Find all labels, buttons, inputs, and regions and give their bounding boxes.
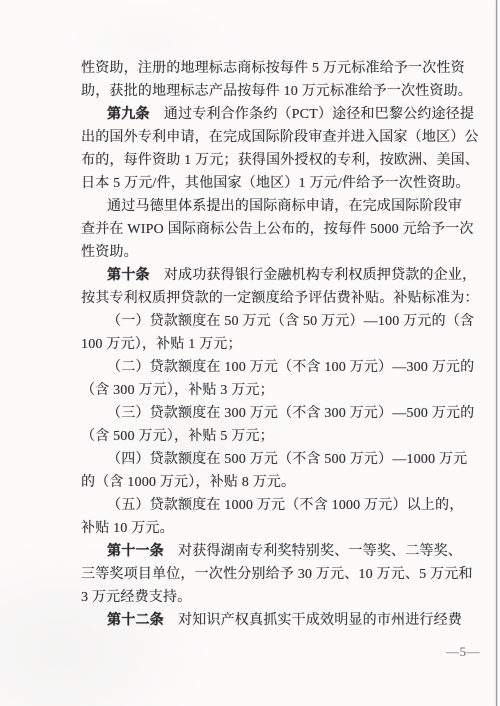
line-text: 性资助，注册的地理标志商标按每件 5 万元标准给予一次性资 bbox=[81, 61, 465, 76]
article-heading: 第九条 bbox=[107, 107, 150, 122]
text-line-22: 第十一条 对获得湖南专利奖特别奖、一等奖、二等奖、 bbox=[81, 540, 473, 563]
text-line-11: 按其专利权质押贷款的一定额度给予评估费补贴。补贴标准为： bbox=[81, 287, 473, 310]
line-text: 对知识产权真抓实干成效明显的市州进行经费 bbox=[164, 613, 462, 628]
line-text: 三等奖项目单位，一次性分别给予 30 万元、10 万元、5 万元和 bbox=[81, 567, 473, 582]
text-line-9: 性资助。 bbox=[81, 241, 473, 264]
article-heading: 第十条 bbox=[107, 268, 150, 283]
line-text: （四）贷款额度在 500 万元（不含 500 万元）—1000 万元 bbox=[107, 452, 467, 467]
line-text: 对获得湖南专利奖特别奖、一等奖、二等奖、 bbox=[164, 544, 462, 559]
line-text: （含 300 万元），补贴 3 万元； bbox=[81, 383, 274, 398]
text-line-10: 第十条 对成功获得银行金融机构专利权质押贷款的企业， bbox=[81, 264, 473, 287]
text-line-24: 3 万元经费支持。 bbox=[81, 586, 473, 609]
text-line-5: 布的，每件资助 1 万元；获得国外授权的专利，按欧洲、美国、 bbox=[81, 149, 473, 172]
text-line-17: （含 500 万元），补贴 5 万元； bbox=[81, 425, 473, 448]
text-line-23: 三等奖项目单位，一次性分别给予 30 万元、10 万元、5 万元和 bbox=[81, 563, 473, 586]
line-text: （二）贷款额度在 100 万元（不含 100 万元）—300 万元的 bbox=[107, 360, 474, 375]
line-text: 日本 5 万元/件，其他国家（地区）1 万元/件给予一次性资助。 bbox=[81, 176, 470, 191]
text-line-25: 第十二条 对知识产权真抓实干成效明显的市州进行经费 bbox=[81, 609, 473, 632]
text-line-8: 查并在 WIPO 国际商标公告上公布的，按每件 5000 元给予一次 bbox=[81, 218, 473, 241]
text-line-13: 100 万元），补贴 1 万元； bbox=[81, 333, 473, 356]
line-text: 补贴 10 万元。 bbox=[81, 521, 174, 536]
line-text: （五）贷款额度在 1000 万元（不含 1000 万元）以上的， bbox=[107, 498, 463, 513]
text-line-1: 性资助，注册的地理标志商标按每件 5 万元标准给予一次性资 bbox=[81, 57, 473, 80]
text-line-6: 日本 5 万元/件，其他国家（地区）1 万元/件给予一次性资助。 bbox=[81, 172, 473, 195]
text-line-19: 的（含 1000 万元），补贴 8 万元。 bbox=[81, 471, 473, 494]
scan-edge-artifact bbox=[496, 0, 497, 706]
text-line-21: 补贴 10 万元。 bbox=[81, 517, 473, 540]
line-text: （含 500 万元），补贴 5 万元； bbox=[81, 429, 274, 444]
line-text: （三）贷款额度在 300 万元（不含 300 万元）—500 万元的 bbox=[107, 406, 474, 421]
line-text: 按其专利权质押贷款的一定额度给予评估费补贴。补贴标准为： bbox=[81, 291, 479, 306]
line-text: 对成功获得银行金融机构专利权质押贷款的企业， bbox=[150, 268, 477, 283]
line-text: 100 万元），补贴 1 万元； bbox=[81, 337, 242, 352]
line-text: 助，获批的地理标志产品按每件 10 万元标准给予一次性资助。 bbox=[81, 84, 472, 99]
text-line-20: （五）贷款额度在 1000 万元（不含 1000 万元）以上的， bbox=[81, 494, 473, 517]
text-line-2: 助，获批的地理标志产品按每件 10 万元标准给予一次性资助。 bbox=[81, 80, 473, 103]
article-heading: 第十二条 bbox=[107, 613, 164, 628]
line-text: 查并在 WIPO 国际商标公告上公布的，按每件 5000 元给予一次 bbox=[81, 222, 474, 237]
line-text: （一）贷款额度在 50 万元（含 50 万元）—100 万元的（含 bbox=[107, 314, 474, 329]
document-body: 性资助，注册的地理标志商标按每件 5 万元标准给予一次性资助，获批的地理标志产品… bbox=[81, 57, 473, 632]
article-heading: 第十一条 bbox=[107, 544, 164, 559]
line-text: 通过专利合作条约（PCT）途径和巴黎公约途径提 bbox=[150, 107, 474, 122]
text-line-3: 第九条 通过专利合作条约（PCT）途径和巴黎公约途径提 bbox=[81, 103, 473, 126]
text-line-14: （二）贷款额度在 100 万元（不含 100 万元）—300 万元的 bbox=[81, 356, 473, 379]
line-text: 通过马德里体系提出的国际商标申请，在完成国际阶段审 bbox=[107, 199, 462, 214]
text-line-16: （三）贷款额度在 300 万元（不含 300 万元）—500 万元的 bbox=[81, 402, 473, 425]
line-text: 的（含 1000 万元），补贴 8 万元。 bbox=[81, 475, 295, 490]
text-line-7: 通过马德里体系提出的国际商标申请，在完成国际阶段审 bbox=[81, 195, 473, 218]
text-line-15: （含 300 万元），补贴 3 万元； bbox=[81, 379, 473, 402]
line-text: 布的，每件资助 1 万元；获得国外授权的专利，按欧洲、美国、 bbox=[81, 153, 479, 168]
text-line-18: （四）贷款额度在 500 万元（不含 500 万元）—1000 万元 bbox=[81, 448, 473, 471]
line-text: 性资助。 bbox=[81, 245, 138, 260]
text-line-4: 出的国外专利申请，在完成国际阶段审查并进入国家（地区）公 bbox=[81, 126, 473, 149]
document-page: 性资助，注册的地理标志商标按每件 5 万元标准给予一次性资助，获批的地理标志产品… bbox=[0, 0, 500, 706]
line-text: 出的国外专利申请，在完成国际阶段审查并进入国家（地区）公 bbox=[81, 130, 479, 145]
page-number: —5— bbox=[446, 644, 480, 660]
line-text: 3 万元经费支持。 bbox=[81, 590, 191, 605]
text-line-12: （一）贷款额度在 50 万元（含 50 万元）—100 万元的（含 bbox=[81, 310, 473, 333]
